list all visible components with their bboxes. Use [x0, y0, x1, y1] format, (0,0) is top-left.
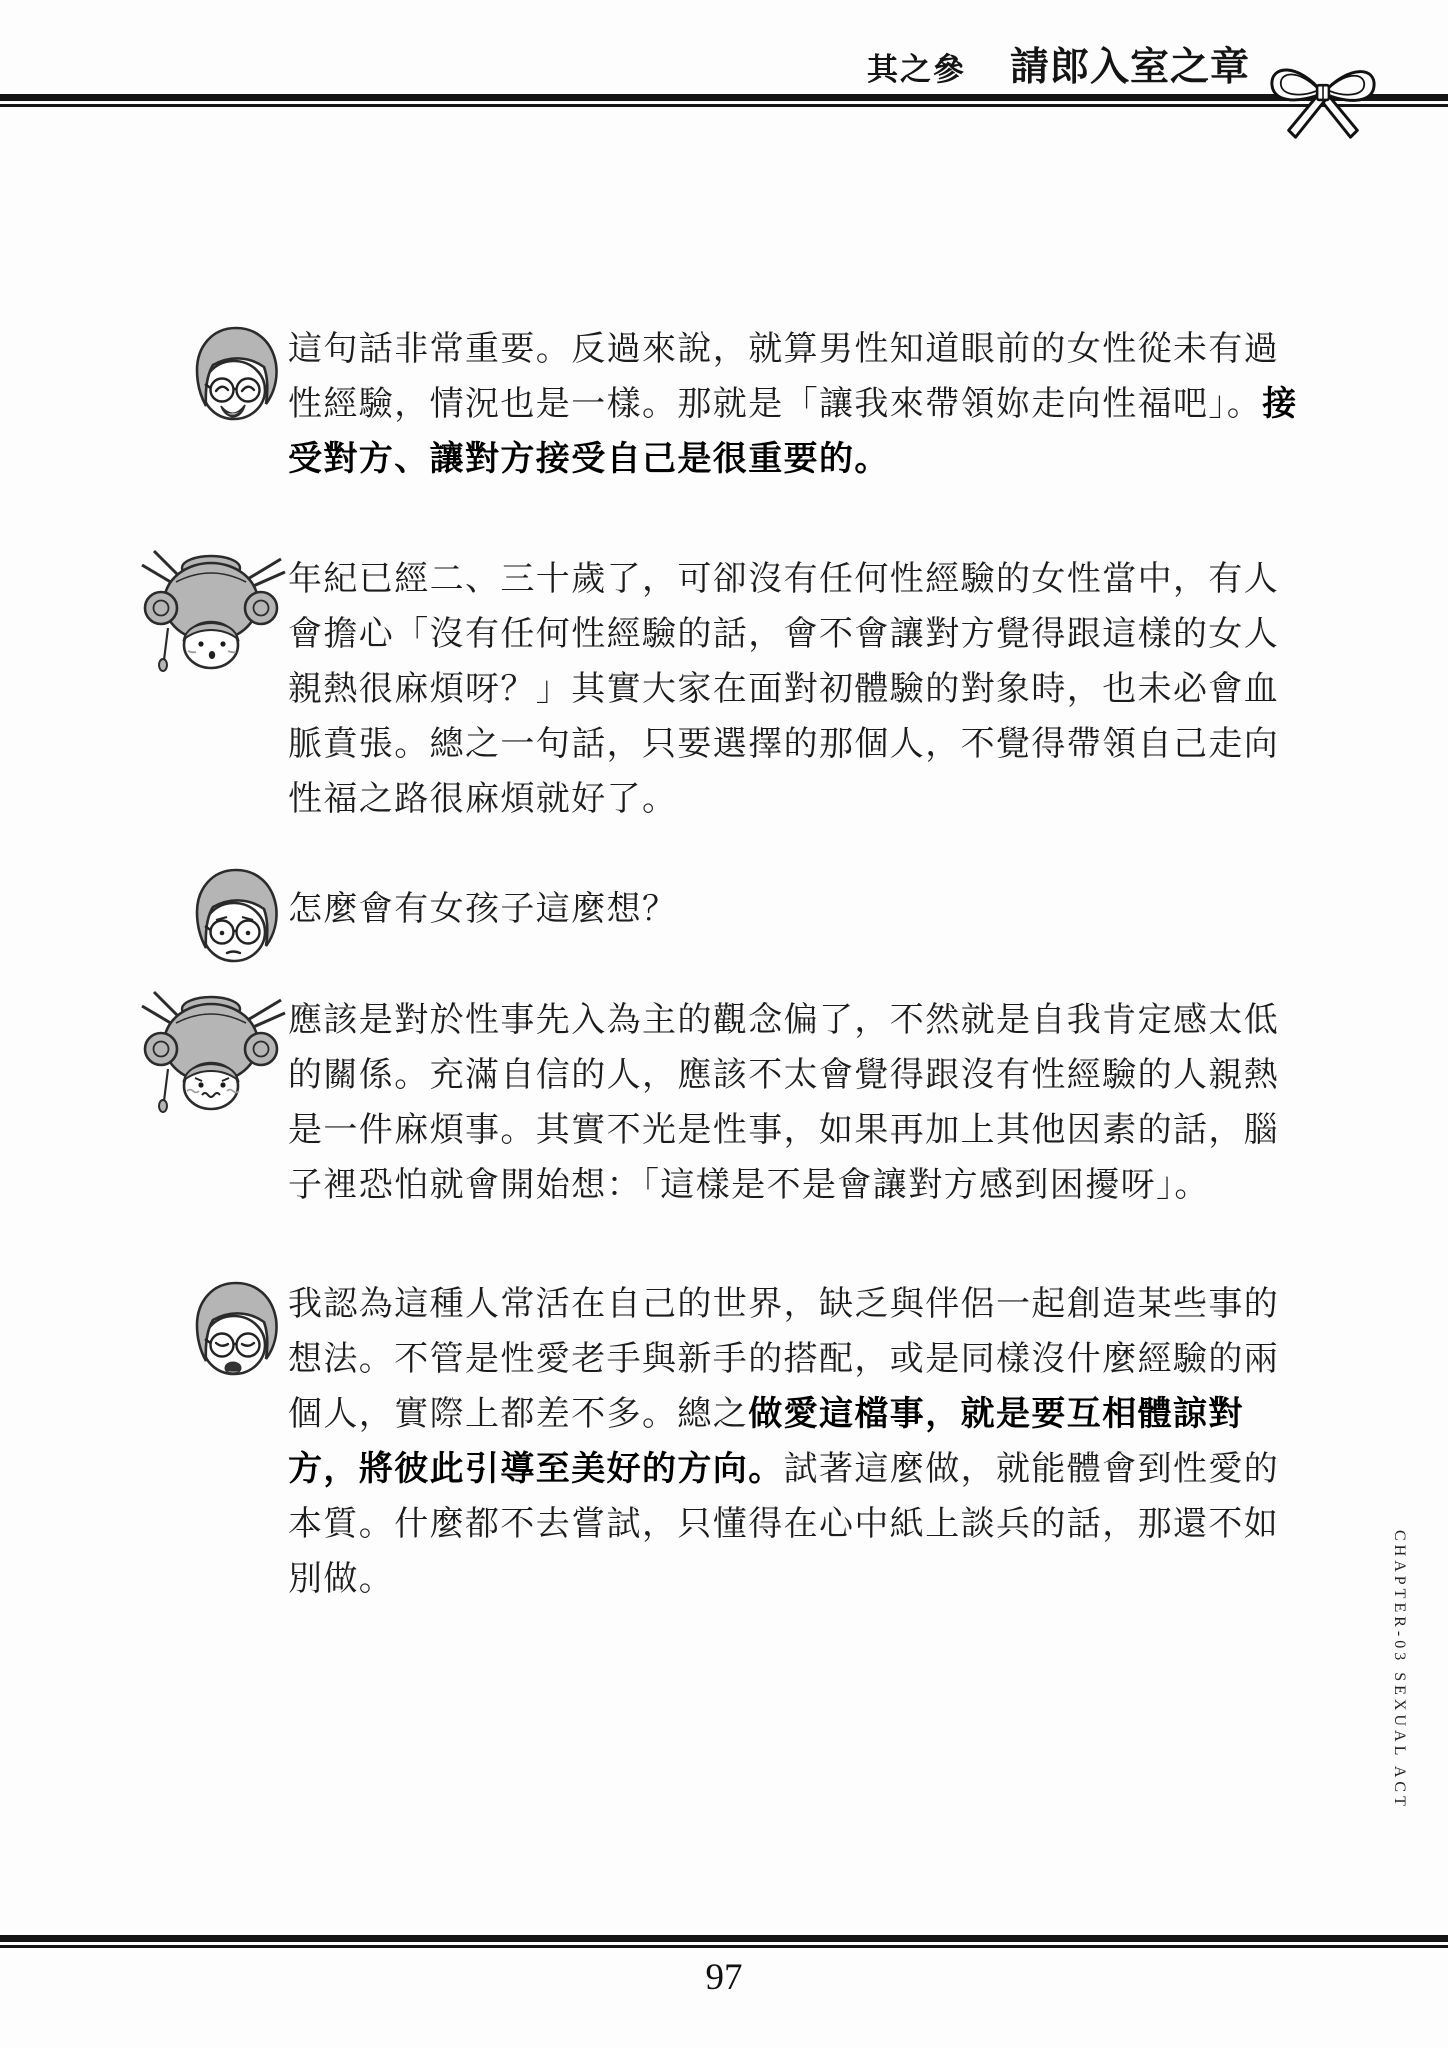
avatar-column: [140, 882, 288, 979]
dialog-message: 怎麼會有女孩子這麼想？: [140, 882, 1330, 979]
chapter-number-label: 其之參: [867, 44, 966, 89]
dialog-message: 年紀已經二、三十歲了，可卻沒有任何性經驗的女性當中，有人會擔心「沒有任何性經驗的…: [140, 552, 1330, 827]
page-number: 97: [0, 1956, 1448, 1999]
text-segment: 怎麼會有女孩子這麼想？: [288, 891, 677, 928]
top-rule-thick: [0, 94, 1448, 101]
book-page: 其之參 請郎入室之章 這: [0, 0, 1448, 2048]
message-text: 應該是對於性事先入為主的觀念偏了，不然就是自我肯定感太低的關係。充滿自信的人，應…: [288, 993, 1314, 1213]
avatar-column: [140, 1277, 288, 1392]
message-text: 這句話非常重要。反過來說，就算男性知道眼前的女性從未有過性經驗，情況也是一樣。那…: [288, 322, 1314, 487]
vertical-chapter-label: CHAPTER-03 SEXUAL ACT: [1390, 1530, 1408, 1810]
bride-worried-avatar-icon: [138, 985, 288, 1137]
chapter-header: 其之參 請郎入室之章: [867, 36, 1250, 92]
avatar-column: [140, 552, 288, 696]
dialog-message: 這句話非常重要。反過來說，就算男性知道眼前的女性從未有過性經驗，情況也是一樣。那…: [140, 322, 1330, 487]
chapter-title: 請郎入室之章: [1010, 36, 1250, 92]
avatar-column: [140, 322, 288, 437]
text-segment: 年紀已經二、三十歲了，可卻沒有任何性經驗的女性當中，有人會擔心「沒有任何性經驗的…: [288, 561, 1279, 818]
message-text: 年紀已經二、三十歲了，可卻沒有任何性經驗的女性當中，有人會擔心「沒有任何性經驗的…: [288, 552, 1314, 827]
text-segment: 應該是對於性事先入為主的觀念偏了，不然就是自我肯定感太低的關係。充滿自信的人，應…: [288, 1002, 1279, 1204]
dialog-message: 應該是對於性事先入為主的觀念偏了，不然就是自我肯定感太低的關係。充滿自信的人，應…: [140, 993, 1330, 1213]
message-text: 我認為這種人常活在自己的世界，缺乏與伴侶一起創造某些事的想法。不管是性愛老手與新…: [288, 1277, 1314, 1607]
top-rule-thin: [0, 104, 1448, 107]
dialog-message: 我認為這種人常活在自己的世界，缺乏與伴侶一起創造某些事的想法。不管是性愛老手與新…: [140, 1277, 1330, 1607]
avatar-column: [140, 993, 288, 1137]
mizuhiki-ribbon-bow-icon: [1264, 44, 1382, 148]
grandma-happy-avatar-icon: [186, 322, 286, 437]
bottom-rule-thin: [0, 1945, 1448, 1948]
bride-avatar-icon: [138, 544, 288, 696]
message-text: 怎麼會有女孩子這麼想？: [288, 882, 1314, 937]
grandma-weary-avatar-icon: [186, 1277, 286, 1392]
bottom-rule-thick: [0, 1935, 1448, 1942]
grandma-neutral-avatar-icon: [186, 864, 286, 979]
text-segment: 這句話非常重要。反過來說，就算男性知道眼前的女性從未有過性經驗，情況也是一樣。那…: [288, 331, 1279, 423]
